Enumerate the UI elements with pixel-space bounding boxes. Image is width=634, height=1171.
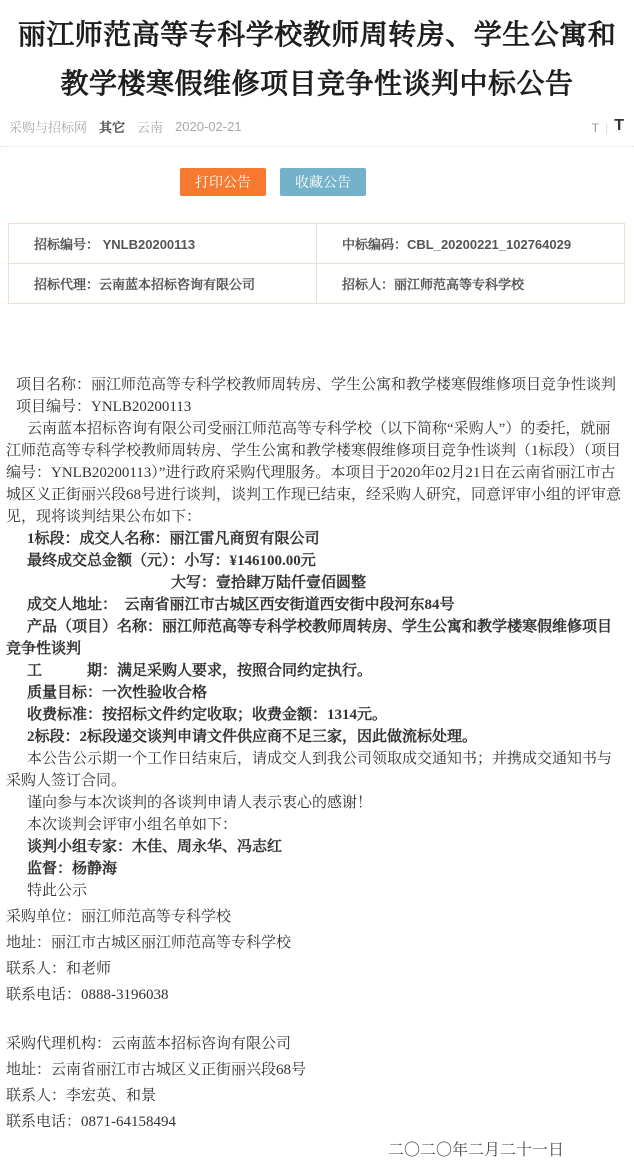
bid-info-table: 招标编号： YNLB20200113 中标编码：CBL_20200221_102…	[8, 223, 625, 304]
purchaser-contact-line: 联系人：和老师	[6, 956, 624, 982]
font-size-increase-button[interactable]: T	[614, 117, 624, 135]
table-row: 招标代理：云南蓝本招标咨询有限公司 招标人：丽江师范高等专科学校	[9, 264, 625, 304]
purchaser-contact-group: 采购单位：丽江师范高等专科学校 地址：丽江市古城区丽江师范高等专科学校 联系人：…	[6, 904, 624, 1008]
print-announcement-button[interactable]: 打印公告	[180, 168, 266, 196]
breadcrumb-region-link[interactable]: 云南	[137, 117, 163, 136]
winner-address-line: 成交人地址： 云南省丽江市古城区西安街道西安街中段河东84号	[6, 594, 624, 616]
review-panel-intro-line: 本次谈判会评审小组名单如下：	[6, 814, 624, 836]
fee-standard-line: 收费标准：按招标文件约定收取；收费金额：1314元。	[6, 704, 624, 726]
action-buttons: 打印公告 收藏公告	[0, 168, 634, 196]
lot2-result-line: 2标段：2标段递交谈判申请文件供应商不足三家，因此做流标处理。	[6, 726, 624, 748]
duration-line: 工 期：满足采购人要求，按照合同约定执行。	[6, 660, 624, 682]
intro-paragraph: 云南蓝本招标咨询有限公司受丽江师范高等专科学校（以下简称“采购人”）的委托，就丽…	[6, 418, 624, 528]
agency-phone-line: 联系电话：0871-64158494	[6, 1109, 624, 1135]
announcement-body: 项目名称：丽江师范高等专科学校教师周转房、学生公寓和教学楼寒假维修项目竞争性谈判…	[0, 374, 634, 902]
purchaser-address-line: 地址：丽江市古城区丽江师范高等专科学校	[6, 930, 624, 956]
lot1-winner-line: 1标段：成交人名称：丽江雷凡商贸有限公司	[6, 528, 624, 550]
project-name-line: 项目名称：丽江师范高等专科学校教师周转房、学生公寓和教学楼寒假维修项目竞争性谈判	[6, 374, 624, 396]
amount-in-words-line: 大写：壹拾肆万陆仟壹佰圆整	[6, 572, 624, 594]
tenderee-cell: 招标人：丽江师范高等专科学校	[317, 264, 625, 304]
agency-name-line: 采购代理机构：云南蓝本招标咨询有限公司	[6, 1031, 624, 1057]
tender-number-cell: 招标编号： YNLB20200113	[9, 224, 317, 264]
product-name-line: 产品（项目）名称：丽江师范高等专科学校教师周转房、学生公寓和教学楼寒假维修项目竞…	[6, 616, 624, 660]
purchaser-phone-line: 联系电话：0888-3196038	[6, 982, 624, 1008]
breadcrumb: 采购与招标网 其它 云南 2020-02-21	[9, 117, 242, 136]
hereby-announced-line: 特此公示	[6, 880, 624, 902]
breadcrumb-source-link[interactable]: 采购与招标网	[9, 117, 87, 136]
dotted-divider	[0, 146, 634, 147]
agency-contact-group: 采购代理机构：云南蓝本招标咨询有限公司 地址：云南省丽江市古城区义正街丽兴段68…	[6, 1031, 624, 1135]
favorite-announcement-button[interactable]: 收藏公告	[280, 168, 366, 196]
breadcrumb-category-link[interactable]: 其它	[99, 117, 125, 136]
purchaser-unit-line: 采购单位：丽江师范高等专科学校	[6, 904, 624, 930]
announcement-date: 二〇二〇年二月二十一日	[0, 1139, 634, 1171]
font-size-decrease-button[interactable]: T	[592, 121, 599, 135]
tender-agent-cell: 招标代理：云南蓝本招标咨询有限公司	[9, 264, 317, 304]
meta-bar: 采购与招标网 其它 云南 2020-02-21 T | T	[0, 115, 634, 137]
table-row: 招标编号： YNLB20200113 中标编码：CBL_20200221_102…	[9, 224, 625, 264]
panel-experts-line: 谈判小组专家：木佳、周永华、冯志红	[6, 836, 624, 858]
thanks-line: 谨向参与本次谈判的各谈判申请人表示衷心的感谢！	[6, 792, 624, 814]
project-number-line: 项目编号：YNLB20200113	[6, 396, 624, 418]
final-amount-line: 最终成交总金额（元）：小写：¥146100.00元	[6, 550, 624, 572]
quality-target-line: 质量目标：一次性验收合格	[6, 682, 624, 704]
agency-contact-line: 联系人：李宏英、和景	[6, 1083, 624, 1109]
contact-info: 采购单位：丽江师范高等专科学校 地址：丽江市古城区丽江师范高等专科学校 联系人：…	[0, 904, 634, 1135]
publish-date: 2020-02-21	[175, 119, 242, 134]
page-title: 丽江师范高等专科学校教师周转房、学生公寓和教学楼寒假维修项目竞争性谈判中标公告	[14, 10, 620, 108]
font-size-controls: T | T	[592, 117, 624, 135]
font-size-divider: |	[605, 121, 608, 135]
agency-address-line: 地址：云南省丽江市古城区义正街丽兴段68号	[6, 1057, 624, 1083]
supervisor-line: 监督：杨静海	[6, 858, 624, 880]
award-code-cell: 中标编码：CBL_20200221_102764029	[317, 224, 625, 264]
notice-period-paragraph: 本公告公示期一个工作日结束后，请成交人到我公司领取成交通知书；并携成交通知书与采…	[6, 748, 624, 792]
